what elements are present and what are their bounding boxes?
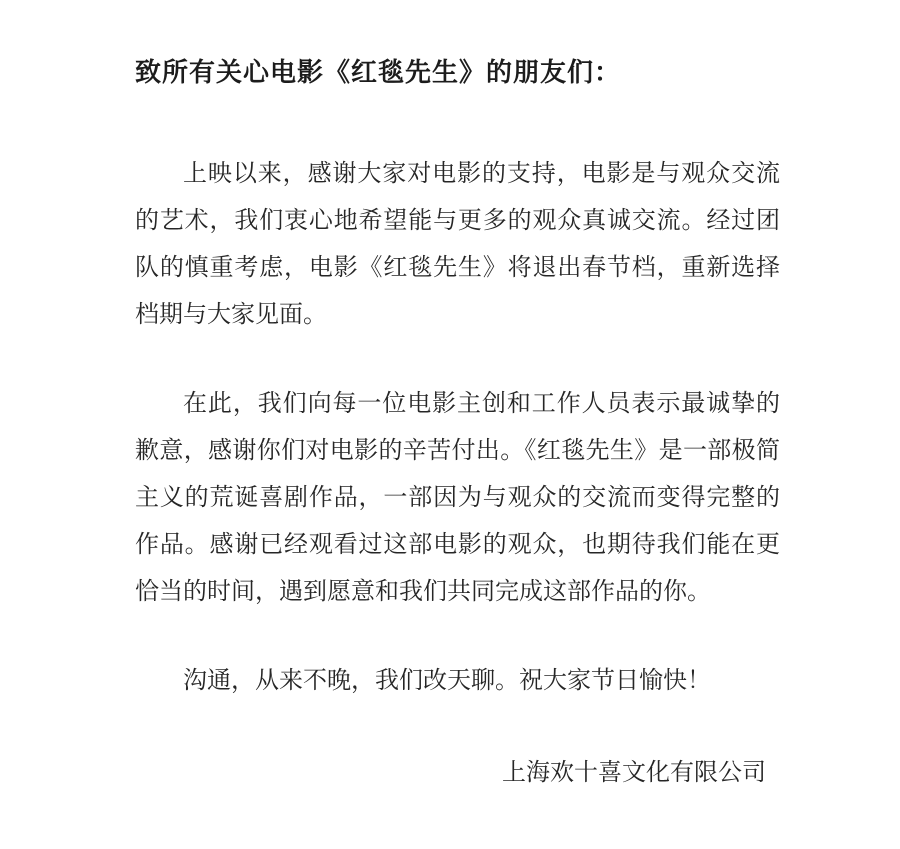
- letter-page: 致所有关心电影《红毯先生》的朋友们： 上映以来，感谢大家对电影的支持，电影是与观…: [0, 0, 900, 849]
- letter-content: 致所有关心电影《红毯先生》的朋友们： 上映以来，感谢大家对电影的支持，电影是与观…: [135, 55, 780, 789]
- letter-title: 致所有关心电影《红毯先生》的朋友们：: [135, 55, 780, 91]
- letter-paragraph-1: 上映以来，感谢大家对电影的支持，电影是与观众交流的艺术，我们衷心地希望能与更多的…: [135, 151, 780, 339]
- letter-paragraph-3: 沟通，从来不晚，我们改天聊。祝大家节日愉快！: [135, 658, 780, 705]
- letter-paragraph-2: 在此，我们向每一位电影主创和工作人员表示最诚挚的歉意，感谢你们对电影的辛苦付出。…: [135, 381, 780, 616]
- letter-signature: 上海欢十喜文化有限公司: [135, 757, 780, 789]
